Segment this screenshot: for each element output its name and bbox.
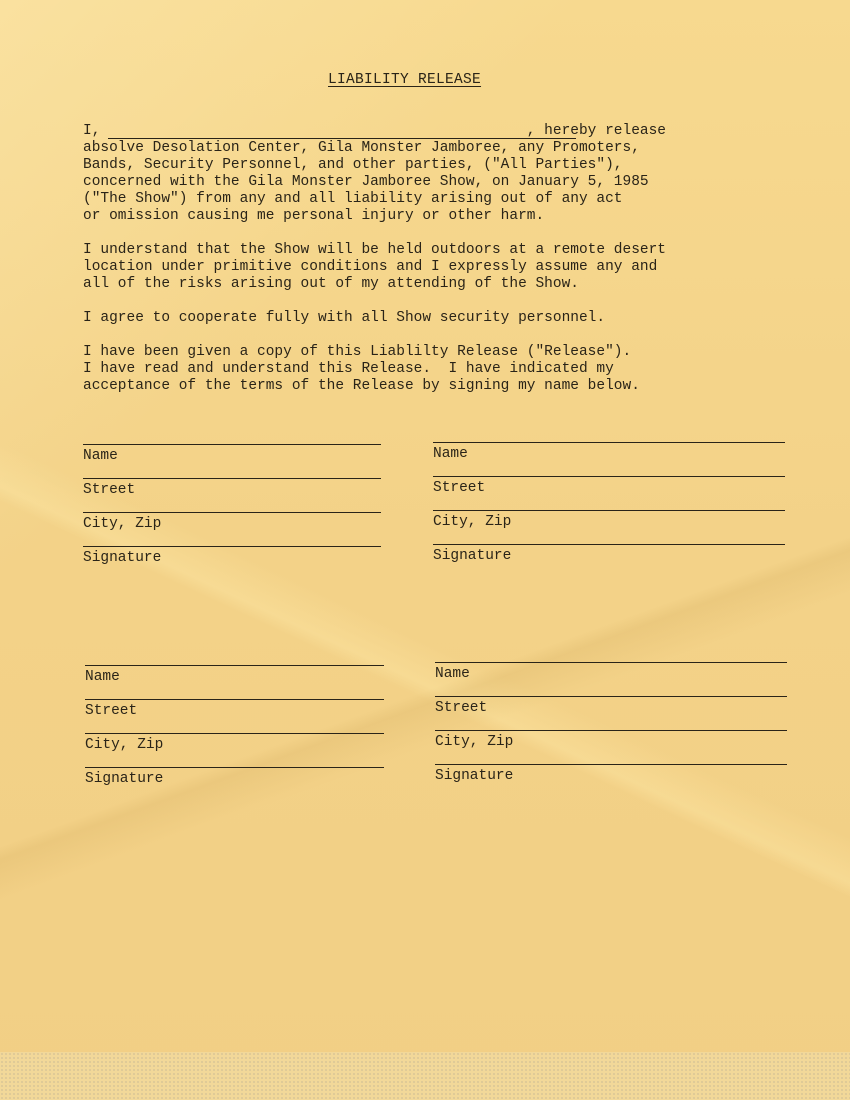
field-rule xyxy=(433,510,785,511)
signature-field[interactable]: Signature xyxy=(435,764,787,798)
field-rule xyxy=(433,544,785,545)
street-field[interactable]: Street xyxy=(435,696,787,730)
signature-field[interactable]: Signature xyxy=(83,546,381,580)
name-blank-field[interactable] xyxy=(108,138,576,139)
city-zip-field[interactable]: City, Zip xyxy=(433,510,785,544)
field-label: Name xyxy=(435,666,470,682)
risk-paragraph: I understand that the Show will be held … xyxy=(83,242,783,293)
field-label: Name xyxy=(433,446,468,462)
field-rule xyxy=(85,767,384,768)
street-field[interactable]: Street xyxy=(83,478,381,512)
field-rule xyxy=(435,764,787,765)
field-label: Street xyxy=(85,703,137,719)
field-label: Signature xyxy=(85,771,163,787)
field-rule xyxy=(83,478,381,479)
field-rule xyxy=(83,444,381,445)
name-field[interactable]: Name xyxy=(83,444,381,478)
field-label: Name xyxy=(85,669,120,685)
city-zip-field[interactable]: City, Zip xyxy=(85,733,384,767)
field-rule xyxy=(85,733,384,734)
field-rule xyxy=(85,699,384,700)
field-label: City, Zip xyxy=(435,734,513,750)
scan-artifact-edge xyxy=(0,1052,850,1100)
field-label: City, Zip xyxy=(85,737,163,753)
field-label: Street xyxy=(83,482,135,498)
field-label: Signature xyxy=(435,768,513,784)
field-rule xyxy=(435,696,787,697)
name-field[interactable]: Name xyxy=(433,442,785,476)
field-rule xyxy=(433,442,785,443)
name-field[interactable]: Name xyxy=(85,665,384,699)
city-zip-field[interactable]: City, Zip xyxy=(435,730,787,764)
field-label: City, Zip xyxy=(433,514,511,530)
signature-field[interactable]: Signature xyxy=(433,544,785,578)
signature-block-3: Name Street City, Zip Signature xyxy=(85,665,384,801)
field-label: Street xyxy=(435,700,487,716)
signature-block-4: Name Street City, Zip Signature xyxy=(435,662,787,798)
field-rule xyxy=(435,662,787,663)
document-title: LIABILITY RELEASE xyxy=(328,72,481,88)
signature-block-1: Name Street City, Zip Signature xyxy=(83,444,381,580)
signature-field[interactable]: Signature xyxy=(85,767,384,801)
field-label: Name xyxy=(83,448,118,464)
field-rule xyxy=(85,665,384,666)
field-label: Street xyxy=(433,480,485,496)
security-paragraph: I agree to cooperate fully with all Show… xyxy=(83,310,783,327)
field-rule xyxy=(435,730,787,731)
acceptance-paragraph: I have been given a copy of this Liablil… xyxy=(83,344,783,395)
field-label: Signature xyxy=(433,548,511,564)
field-rule xyxy=(83,546,381,547)
city-zip-field[interactable]: City, Zip xyxy=(83,512,381,546)
field-rule xyxy=(433,476,785,477)
field-label: Signature xyxy=(83,550,161,566)
signature-block-2: Name Street City, Zip Signature xyxy=(433,442,785,578)
field-rule xyxy=(83,512,381,513)
name-field[interactable]: Name xyxy=(435,662,787,696)
street-field[interactable]: Street xyxy=(433,476,785,510)
street-field[interactable]: Street xyxy=(85,699,384,733)
field-label: City, Zip xyxy=(83,516,161,532)
